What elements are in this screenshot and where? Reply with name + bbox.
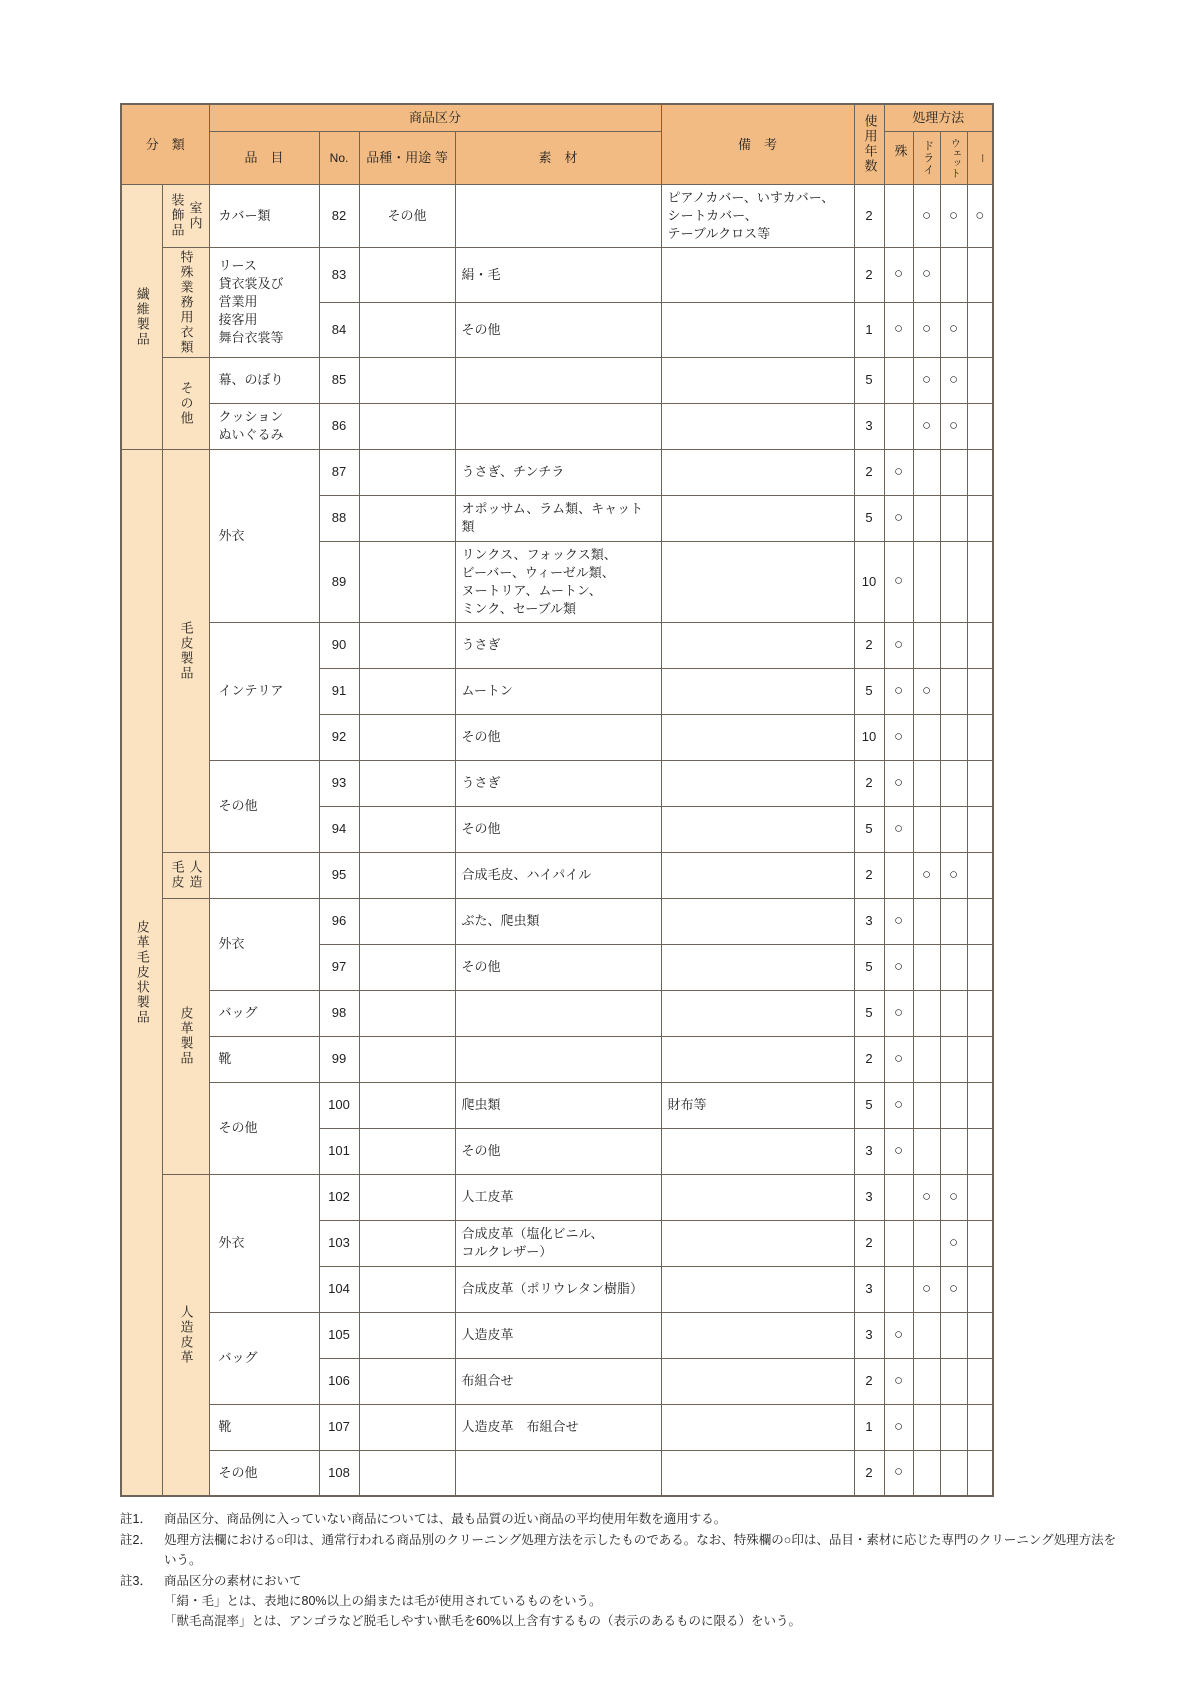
cell-mark-dry <box>913 1036 940 1082</box>
cell-material: その他 <box>455 714 661 760</box>
table-row: クッション ぬいぐるみ863○○ <box>121 403 993 449</box>
cell-item: 外衣 <box>209 449 319 622</box>
cell-mark-special: ○ <box>884 622 913 668</box>
cell-mark-laundry <box>967 1128 993 1174</box>
cell-variety <box>359 1266 455 1312</box>
cell-mark-laundry <box>967 1358 993 1404</box>
cell-no: 87 <box>319 449 359 495</box>
cell-main-class: 繊維製品 <box>121 184 162 449</box>
cell-material: 人工皮革 <box>455 1174 661 1220</box>
cell-mark-dry: ○ <box>913 302 940 357</box>
cell-mark-wet <box>940 541 967 622</box>
cell-material: ムートン <box>455 668 661 714</box>
cell-no: 95 <box>319 852 359 898</box>
cell-item: カバー類 <box>209 184 319 247</box>
cell-years: 2 <box>854 1220 884 1266</box>
note-body: 商品区分の素材において「絹・毛」とは、表地に80%以上の絹または毛が使用されてい… <box>164 1571 1122 1631</box>
cell-mark-wet <box>940 449 967 495</box>
cell-sub-class: 毛皮製品 <box>162 449 209 852</box>
cell-remarks <box>661 1128 854 1174</box>
cell-item: 幕、のぼり <box>209 357 319 403</box>
cell-material: うさぎ <box>455 760 661 806</box>
cell-remarks <box>661 1174 854 1220</box>
cell-remarks <box>661 1266 854 1312</box>
cell-years: 2 <box>854 247 884 302</box>
header-special: 特殊 <box>884 131 913 184</box>
cell-mark-dry <box>913 1128 940 1174</box>
header-years-of-use: 使用年数 <box>854 104 884 184</box>
cell-mark-wet: ○ <box>940 302 967 357</box>
note-label: 註3． <box>120 1571 164 1631</box>
cell-remarks <box>661 247 854 302</box>
cell-mark-special: ○ <box>884 541 913 622</box>
cell-mark-wet: ○ <box>940 403 967 449</box>
cell-item: バッグ <box>209 990 319 1036</box>
cell-item: その他 <box>209 1082 319 1174</box>
cell-mark-special: ○ <box>884 302 913 357</box>
header-product-section: 商品区分 <box>209 104 661 131</box>
cell-mark-dry <box>913 449 940 495</box>
cell-variety <box>359 357 455 403</box>
cell-mark-special: ○ <box>884 449 913 495</box>
cell-remarks <box>661 495 854 541</box>
note: 註1．商品区分、商品例に入っていない商品については、最も品質の近い商品の平均使用… <box>120 1509 1122 1529</box>
cell-years: 10 <box>854 714 884 760</box>
cell-variety <box>359 1358 455 1404</box>
cell-item <box>209 852 319 898</box>
cell-mark-special: ○ <box>884 944 913 990</box>
table-row: 皮革毛皮状製品毛皮製品外衣87うさぎ、チンチラ2○ <box>121 449 993 495</box>
cell-variety <box>359 714 455 760</box>
cell-material: 人造皮革 <box>455 1312 661 1358</box>
cell-remarks <box>661 990 854 1036</box>
cell-mark-laundry <box>967 852 993 898</box>
note-label: 註1． <box>120 1509 164 1529</box>
cell-material: 合成皮革（塩化ビニル、 コルクレザー） <box>455 1220 661 1266</box>
cell-mark-laundry <box>967 714 993 760</box>
cell-years: 2 <box>854 622 884 668</box>
cell-no: 96 <box>319 898 359 944</box>
cell-no: 91 <box>319 668 359 714</box>
cell-mark-wet <box>940 990 967 1036</box>
cell-mark-dry <box>913 898 940 944</box>
cell-variety <box>359 449 455 495</box>
header-no: No. <box>319 131 359 184</box>
cell-material <box>455 357 661 403</box>
cell-item: バッグ <box>209 1312 319 1404</box>
cell-years: 2 <box>854 852 884 898</box>
cell-material <box>455 1036 661 1082</box>
cell-mark-special: ○ <box>884 714 913 760</box>
cell-mark-dry <box>913 622 940 668</box>
cell-remarks <box>661 1450 854 1496</box>
cell-main-class: 皮革毛皮状製品 <box>121 449 162 1496</box>
cell-remarks <box>661 806 854 852</box>
cell-mark-wet <box>940 1128 967 1174</box>
cell-variety <box>359 1174 455 1220</box>
cell-mark-dry <box>913 541 940 622</box>
cell-remarks <box>661 1404 854 1450</box>
cell-item: 靴 <box>209 1404 319 1450</box>
cell-remarks <box>661 944 854 990</box>
cell-material: 絹・毛 <box>455 247 661 302</box>
cell-mark-special: ○ <box>884 1450 913 1496</box>
cell-years: 5 <box>854 668 884 714</box>
cell-mark-special <box>884 1220 913 1266</box>
cell-material: 合成皮革（ポリウレタン樹脂） <box>455 1266 661 1312</box>
note-line: 「絹・毛」とは、表地に80%以上の絹または毛が使用されているものをいう。 <box>164 1591 1122 1611</box>
header-dry: ドライ <box>913 131 940 184</box>
cell-mark-special: ○ <box>884 1404 913 1450</box>
cell-mark-wet <box>940 668 967 714</box>
cell-variety <box>359 668 455 714</box>
cell-sub-class: 人造 毛皮 <box>162 852 209 898</box>
cell-mark-wet: ○ <box>940 184 967 247</box>
cell-item: リース 貸衣裳及び 営業用 接客用 舞台衣裳等 <box>209 247 319 357</box>
table-row: 靴992○ <box>121 1036 993 1082</box>
cell-mark-wet <box>940 1404 967 1450</box>
header-wet: ウェット <box>940 131 967 184</box>
header-variety: 品種・用途 等 <box>359 131 455 184</box>
header-material: 素 材 <box>455 131 661 184</box>
cell-mark-wet <box>940 1358 967 1404</box>
note-line: 処理方法欄における○印は、通常行われる商品別のクリーニング処理方法を示したもので… <box>164 1530 1122 1570</box>
cell-variety <box>359 898 455 944</box>
table-row: その他100爬虫類財布等5○ <box>121 1082 993 1128</box>
sub-class-label: 人造 毛皮 <box>168 860 204 890</box>
cell-variety <box>359 302 455 357</box>
cell-mark-dry: ○ <box>913 357 940 403</box>
cell-mark-dry <box>913 1450 940 1496</box>
cell-mark-wet <box>940 247 967 302</box>
cell-mark-special <box>884 184 913 247</box>
table-row: 繊維製品室内 装飾品カバー類82その他ピアノカバー、いすカバー、 シートカバー、… <box>121 184 993 247</box>
cell-mark-laundry <box>967 990 993 1036</box>
cell-material: 人造皮革 布組合せ <box>455 1404 661 1450</box>
cell-mark-wet <box>940 898 967 944</box>
cell-no: 108 <box>319 1450 359 1496</box>
cell-material: うさぎ、チンチラ <box>455 449 661 495</box>
main-class-label: 皮革毛皮状製品 <box>133 920 151 1025</box>
cell-years: 2 <box>854 1358 884 1404</box>
cell-item: 外衣 <box>209 898 319 990</box>
table-row: 皮革製品外衣96ぶた、爬虫類3○ <box>121 898 993 944</box>
cell-years: 5 <box>854 806 884 852</box>
sub-class-label: 皮革製品 <box>177 1006 195 1066</box>
cell-mark-dry <box>913 1082 940 1128</box>
cell-remarks <box>661 714 854 760</box>
cell-mark-laundry <box>967 1312 993 1358</box>
cell-variety: その他 <box>359 184 455 247</box>
cell-remarks <box>661 302 854 357</box>
cell-no: 106 <box>319 1358 359 1404</box>
cell-no: 98 <box>319 990 359 1036</box>
cell-mark-dry: ○ <box>913 1174 940 1220</box>
cell-item: 靴 <box>209 1036 319 1082</box>
cell-remarks: ピアノカバー、いすカバー、 シートカバー、 テーブルクロス等 <box>661 184 854 247</box>
cell-mark-wet <box>940 714 967 760</box>
cell-remarks <box>661 449 854 495</box>
cell-mark-wet: ○ <box>940 1266 967 1312</box>
sub-class-label: その他 <box>177 381 195 426</box>
header-years-of-use-label: 使用年数 <box>861 114 879 174</box>
cell-material: その他 <box>455 1128 661 1174</box>
cell-mark-laundry: ○ <box>967 184 993 247</box>
cell-remarks <box>661 1358 854 1404</box>
cell-sub-class: 特殊業務用衣類 <box>162 247 209 357</box>
note-label: 註2． <box>120 1530 164 1570</box>
cell-mark-special: ○ <box>884 668 913 714</box>
cell-mark-wet: ○ <box>940 1220 967 1266</box>
cell-mark-wet: ○ <box>940 357 967 403</box>
table-row: バッグ105人造皮革3○ <box>121 1312 993 1358</box>
cell-mark-special: ○ <box>884 1312 913 1358</box>
cell-variety <box>359 622 455 668</box>
cell-remarks <box>661 357 854 403</box>
cell-mark-laundry <box>967 1082 993 1128</box>
cell-remarks <box>661 852 854 898</box>
cell-mark-laundry <box>967 302 993 357</box>
cell-no: 85 <box>319 357 359 403</box>
cell-sub-class: その他 <box>162 357 209 449</box>
cell-no: 97 <box>319 944 359 990</box>
cell-no: 88 <box>319 495 359 541</box>
cell-mark-wet: ○ <box>940 852 967 898</box>
cell-material: ぶた、爬虫類 <box>455 898 661 944</box>
header-laundry: ランドリー <box>967 131 993 184</box>
cell-no: 100 <box>319 1082 359 1128</box>
cell-years: 3 <box>854 898 884 944</box>
footnotes: 註1．商品区分、商品例に入っていない商品については、最も品質の近い商品の平均使用… <box>120 1509 1122 1631</box>
table-row: 特殊業務用衣類リース 貸衣裳及び 営業用 接客用 舞台衣裳等83絹・毛2○○ <box>121 247 993 302</box>
header-dry-label: ドライ <box>920 140 935 176</box>
cell-mark-dry <box>913 806 940 852</box>
cell-mark-dry: ○ <box>913 247 940 302</box>
note: 註2．処理方法欄における○印は、通常行われる商品別のクリーニング処理方法を示した… <box>120 1530 1122 1570</box>
cell-no: 84 <box>319 302 359 357</box>
cell-item: インテリア <box>209 622 319 760</box>
cell-mark-laundry <box>967 1220 993 1266</box>
cell-no: 105 <box>319 1312 359 1358</box>
cell-years: 3 <box>854 403 884 449</box>
header-laundry-label: ランドリー <box>974 136 994 180</box>
cell-mark-special <box>884 1266 913 1312</box>
cell-years: 3 <box>854 1312 884 1358</box>
cell-material <box>455 184 661 247</box>
header-special-label: 特殊 <box>891 136 914 180</box>
cell-years: 1 <box>854 1404 884 1450</box>
cell-mark-special: ○ <box>884 247 913 302</box>
cell-mark-special <box>884 1174 913 1220</box>
table-row: 人造皮革外衣102人工皮革3○○ <box>121 1174 993 1220</box>
cell-item: 外衣 <box>209 1174 319 1312</box>
cell-variety <box>359 1450 455 1496</box>
cell-mark-wet <box>940 806 967 852</box>
cell-years: 5 <box>854 944 884 990</box>
note-line: 商品区分、商品例に入っていない商品については、最も品質の近い商品の平均使用年数を… <box>164 1509 1122 1529</box>
cell-no: 94 <box>319 806 359 852</box>
cell-mark-laundry <box>967 357 993 403</box>
cell-sub-class: 室内 装飾品 <box>162 184 209 247</box>
cell-variety <box>359 403 455 449</box>
cell-years: 5 <box>854 495 884 541</box>
cell-variety <box>359 1220 455 1266</box>
cell-mark-laundry <box>967 898 993 944</box>
cell-years: 3 <box>854 1266 884 1312</box>
cell-mark-dry <box>913 714 940 760</box>
cell-mark-special: ○ <box>884 898 913 944</box>
table-row: インテリア90うさぎ2○ <box>121 622 993 668</box>
cell-mark-dry <box>913 1312 940 1358</box>
usage-years-table: 分 類 商品区分 備 考 使用年数 処理方法 品 目 No. 品種・用途 等 素… <box>120 103 994 1497</box>
cell-years: 2 <box>854 760 884 806</box>
cell-variety <box>359 247 455 302</box>
cell-mark-dry: ○ <box>913 403 940 449</box>
cell-mark-dry <box>913 1404 940 1450</box>
cell-variety <box>359 852 455 898</box>
cell-remarks <box>661 1312 854 1358</box>
cell-mark-special: ○ <box>884 1128 913 1174</box>
note: 註3．商品区分の素材において「絹・毛」とは、表地に80%以上の絹または毛が使用さ… <box>120 1571 1122 1631</box>
header-treatment: 処理方法 <box>884 104 993 131</box>
table-row: バッグ985○ <box>121 990 993 1036</box>
cell-variety <box>359 495 455 541</box>
cell-remarks <box>661 898 854 944</box>
note-body: 処理方法欄における○印は、通常行われる商品別のクリーニング処理方法を示したもので… <box>164 1530 1122 1570</box>
cell-mark-wet <box>940 622 967 668</box>
cell-variety <box>359 541 455 622</box>
cell-material <box>455 990 661 1036</box>
cell-material: 布組合せ <box>455 1358 661 1404</box>
cell-no: 101 <box>319 1128 359 1174</box>
cell-mark-dry <box>913 1220 940 1266</box>
header-classification: 分 類 <box>121 104 209 184</box>
note-line: 商品区分の素材において <box>164 1571 1122 1591</box>
cell-years: 3 <box>854 1174 884 1220</box>
document-page: 分 類 商品区分 備 考 使用年数 処理方法 品 目 No. 品種・用途 等 素… <box>0 0 1190 1631</box>
cell-variety <box>359 1404 455 1450</box>
cell-mark-dry: ○ <box>913 668 940 714</box>
cell-no: 82 <box>319 184 359 247</box>
cell-years: 5 <box>854 990 884 1036</box>
cell-material: その他 <box>455 806 661 852</box>
sub-class-label: 特殊業務用衣類 <box>177 250 195 355</box>
cell-mark-laundry <box>967 1450 993 1496</box>
cell-mark-special: ○ <box>884 760 913 806</box>
cell-no: 92 <box>319 714 359 760</box>
cell-mark-wet: ○ <box>940 1174 967 1220</box>
cell-mark-special: ○ <box>884 1358 913 1404</box>
cell-years: 3 <box>854 1128 884 1174</box>
cell-remarks <box>661 760 854 806</box>
cell-mark-special <box>884 403 913 449</box>
cell-remarks <box>661 622 854 668</box>
cell-variety <box>359 806 455 852</box>
cell-material: うさぎ <box>455 622 661 668</box>
cell-item: クッション ぬいぐるみ <box>209 403 319 449</box>
cell-mark-laundry <box>967 1404 993 1450</box>
header-item: 品 目 <box>209 131 319 184</box>
cell-variety <box>359 760 455 806</box>
cell-mark-dry <box>913 990 940 1036</box>
cell-material <box>455 1450 661 1496</box>
cell-sub-class: 皮革製品 <box>162 898 209 1174</box>
cell-mark-dry: ○ <box>913 184 940 247</box>
cell-years: 5 <box>854 1082 884 1128</box>
cell-material: リンクス、フォックス類、 ビーバー、ウィーゼル類、 ヌートリア、ムートン、 ミン… <box>455 541 661 622</box>
cell-material: オポッサム、ラム類、キャット類 <box>455 495 661 541</box>
table-row: その他93うさぎ2○ <box>121 760 993 806</box>
cell-mark-special <box>884 357 913 403</box>
cell-mark-laundry <box>967 1266 993 1312</box>
cell-years: 2 <box>854 1450 884 1496</box>
cell-mark-wet <box>940 1082 967 1128</box>
cell-no: 102 <box>319 1174 359 1220</box>
cell-mark-dry <box>913 495 940 541</box>
cell-no: 93 <box>319 760 359 806</box>
cell-remarks <box>661 541 854 622</box>
cell-material: その他 <box>455 944 661 990</box>
cell-remarks <box>661 1036 854 1082</box>
table-row: その他幕、のぼり855○○ <box>121 357 993 403</box>
cell-mark-special: ○ <box>884 990 913 1036</box>
sub-class-label: 室内 装飾品 <box>168 193 204 238</box>
cell-mark-laundry <box>967 541 993 622</box>
cell-mark-laundry <box>967 495 993 541</box>
cell-no: 99 <box>319 1036 359 1082</box>
cell-mark-laundry <box>967 247 993 302</box>
cell-mark-wet <box>940 760 967 806</box>
cell-years: 5 <box>854 357 884 403</box>
cell-mark-laundry <box>967 760 993 806</box>
cell-material <box>455 403 661 449</box>
cell-material: 爬虫類 <box>455 1082 661 1128</box>
cell-no: 86 <box>319 403 359 449</box>
cell-mark-wet <box>940 495 967 541</box>
cell-mark-dry: ○ <box>913 1266 940 1312</box>
cell-mark-laundry <box>967 1036 993 1082</box>
cell-years: 1 <box>854 302 884 357</box>
cell-mark-laundry <box>967 1174 993 1220</box>
cell-material: その他 <box>455 302 661 357</box>
sub-class-label: 毛皮製品 <box>177 621 195 681</box>
cell-years: 2 <box>854 449 884 495</box>
cell-variety <box>359 1036 455 1082</box>
cell-remarks <box>661 403 854 449</box>
cell-variety <box>359 1082 455 1128</box>
cell-remarks <box>661 668 854 714</box>
cell-variety <box>359 1128 455 1174</box>
cell-mark-dry <box>913 1358 940 1404</box>
cell-mark-laundry <box>967 806 993 852</box>
cell-years: 2 <box>854 184 884 247</box>
cell-item: その他 <box>209 1450 319 1496</box>
cell-remarks <box>661 1220 854 1266</box>
cell-no: 103 <box>319 1220 359 1266</box>
main-class-label: 繊維製品 <box>133 287 151 347</box>
cell-item: その他 <box>209 760 319 852</box>
header-remarks: 備 考 <box>661 104 854 184</box>
cell-no: 89 <box>319 541 359 622</box>
cell-mark-laundry <box>967 403 993 449</box>
cell-remarks: 財布等 <box>661 1082 854 1128</box>
cell-mark-dry: ○ <box>913 852 940 898</box>
cell-years: 2 <box>854 1036 884 1082</box>
cell-years: 10 <box>854 541 884 622</box>
note-body: 商品区分、商品例に入っていない商品については、最も品質の近い商品の平均使用年数を… <box>164 1509 1122 1529</box>
cell-mark-laundry <box>967 449 993 495</box>
cell-mark-wet <box>940 1450 967 1496</box>
